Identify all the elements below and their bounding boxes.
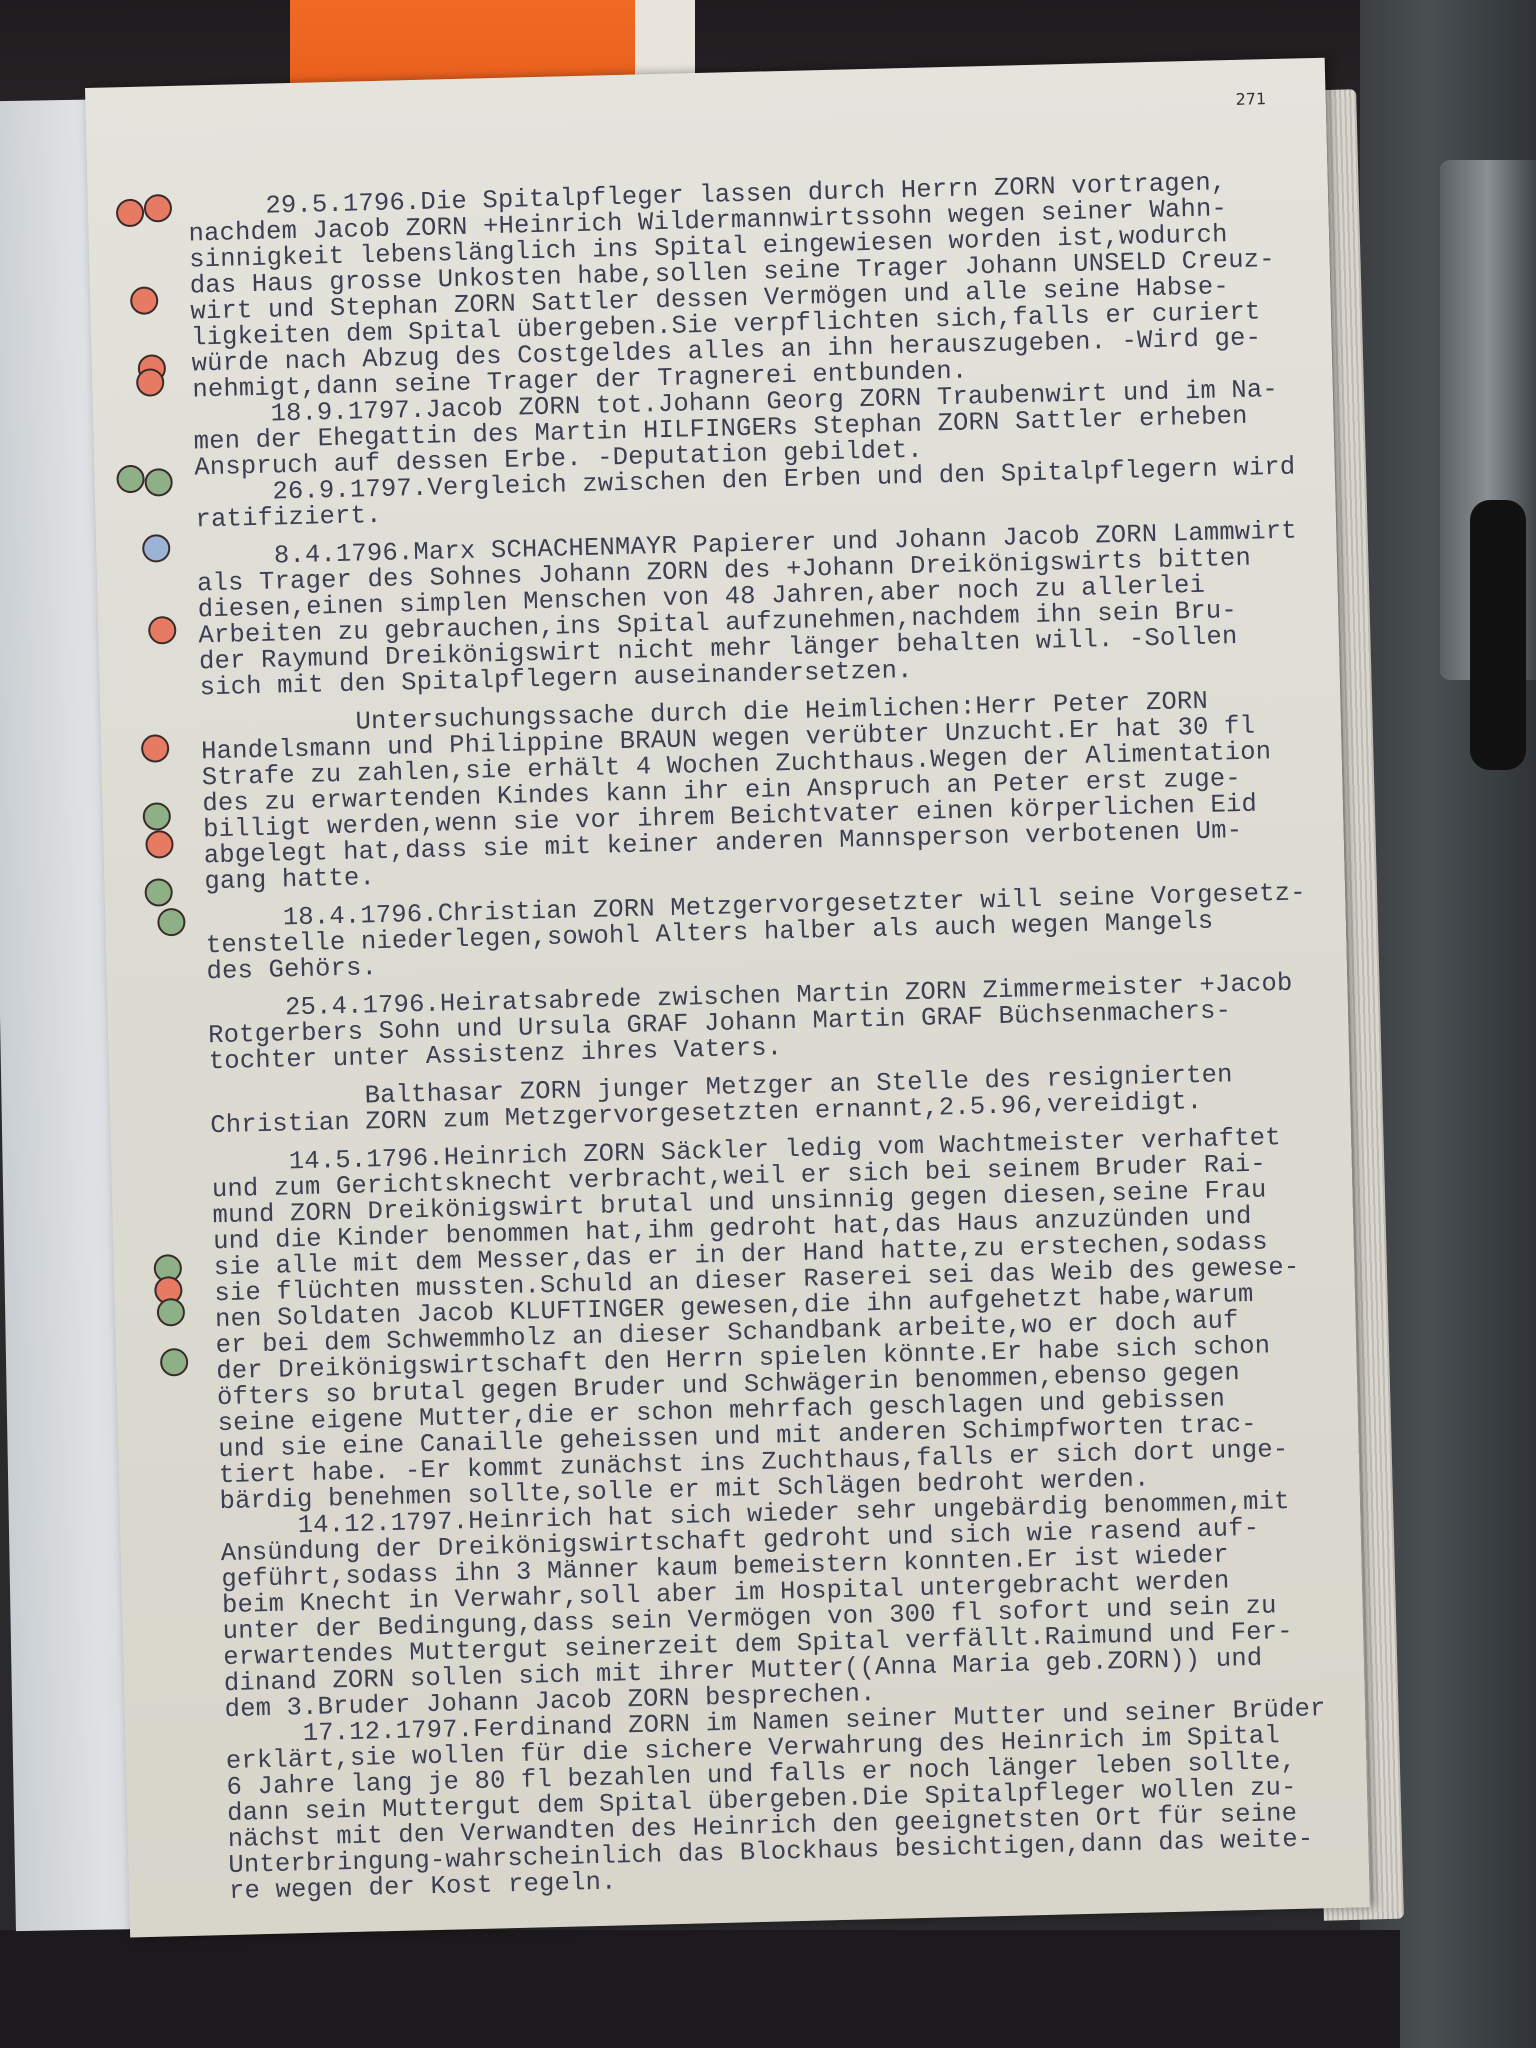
archive-stamp	[130, 286, 159, 315]
archive-stamp	[157, 908, 186, 937]
document-page: 271 29.5.1796.Die Spitalpfleger lassen d…	[85, 58, 1370, 1938]
page-number: 271	[1235, 89, 1266, 109]
archive-stamp	[148, 616, 177, 645]
paragraph: 18.4.1796.Christian ZORN Metzgervorgeset…	[205, 880, 1337, 986]
paragraph: 29.5.1796.Die Spitalpfleger lassen durch…	[188, 168, 1326, 534]
paragraph: Untersuchungssache durch die Heimlichen:…	[200, 686, 1334, 896]
archive-stamp	[141, 734, 170, 763]
archive-stamp	[157, 1298, 186, 1327]
archive-stamp	[136, 368, 165, 397]
archive-stamp	[144, 878, 173, 907]
paragraph: 8.4.1796.Marx SCHACHENMAYR Papierer und …	[196, 518, 1329, 702]
black-clip	[1470, 500, 1526, 770]
archive-stamp	[145, 830, 174, 859]
archive-stamp	[160, 1348, 189, 1377]
archive-stamp	[116, 199, 145, 228]
typewritten-text: 29.5.1796.Die Spitalpfleger lassen durch…	[188, 168, 1360, 1917]
paragraph: 25.4.1796.Heiratsabrede zwischen Martin …	[207, 970, 1339, 1076]
archive-stamp	[142, 802, 171, 831]
archive-stamp	[144, 468, 173, 497]
archive-stamp	[144, 194, 173, 223]
book-cover	[0, 1930, 1400, 2048]
paragraph: 14.5.1796.Heinrich ZORN Säckler ledig vo…	[211, 1124, 1359, 1905]
archive-stamp	[142, 534, 171, 563]
archive-stamp	[116, 465, 145, 494]
